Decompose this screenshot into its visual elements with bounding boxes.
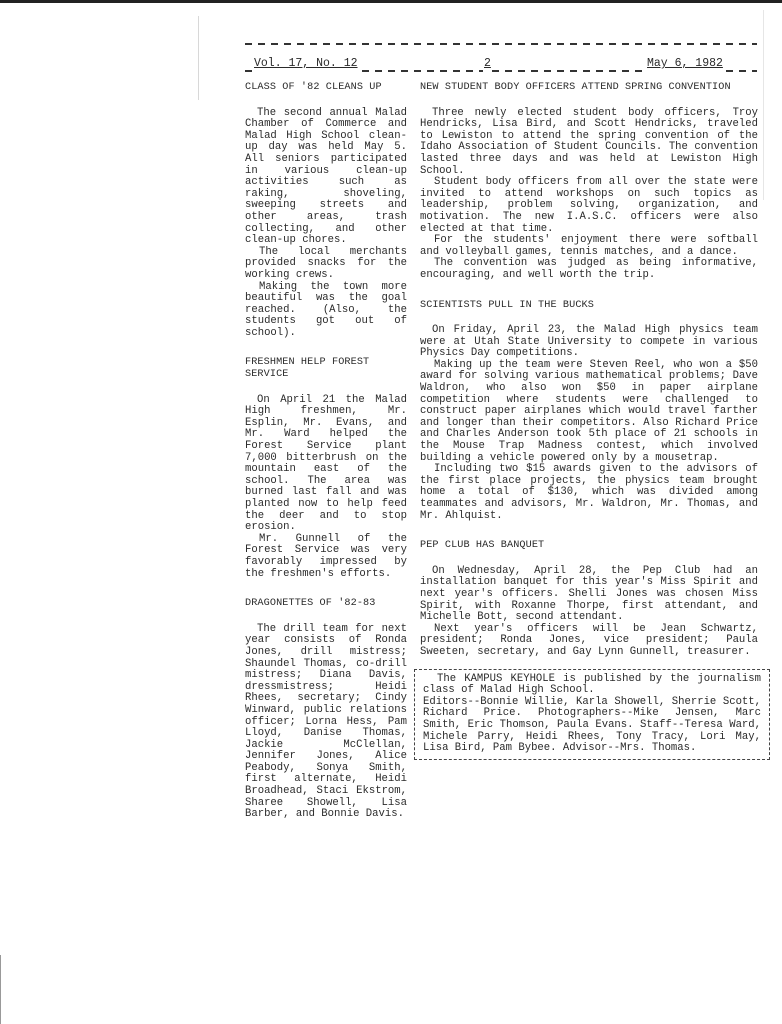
scan-left-edge bbox=[0, 955, 1, 1024]
article-paragraph: Three newly elected student body officer… bbox=[420, 108, 758, 178]
scan-artifact-line bbox=[763, 10, 764, 200]
article-paragraph: For the students' enjoyment there were s… bbox=[420, 235, 758, 258]
scan-top-border bbox=[0, 0, 782, 3]
left-column: CLASS OF '82 CLEANS UP The second annual… bbox=[245, 82, 407, 839]
issue-date: May 6, 1982 bbox=[646, 56, 724, 72]
right-column: NEW STUDENT BODY OFFICERS ATTEND SPRING … bbox=[420, 82, 758, 760]
article-class-cleanup: CLASS OF '82 CLEANS UP The second annual… bbox=[245, 82, 407, 339]
article-physics-team: SCIENTISTS PULL IN THE BUCKS On Friday, … bbox=[420, 300, 758, 523]
article-pep-club: PEP CLUB HAS BANQUET On Wednesday, April… bbox=[420, 540, 758, 658]
article-freshmen-forest: FRESHMEN HELP FOREST SERVICE On April 21… bbox=[245, 357, 407, 580]
article-paragraph: On April 21 the Malad High freshmen, Mr.… bbox=[245, 395, 407, 534]
article-paragraph: Making the town more beautiful was the g… bbox=[245, 282, 407, 340]
article-headline: NEW STUDENT BODY OFFICERS ATTEND SPRING … bbox=[420, 82, 758, 94]
article-paragraph: The local merchants provided snacks for … bbox=[245, 247, 407, 282]
article-paragraph: The drill team for next year consists of… bbox=[245, 624, 407, 821]
article-student-convention: NEW STUDENT BODY OFFICERS ATTEND SPRING … bbox=[420, 82, 758, 282]
masthead-top-rule bbox=[245, 43, 757, 45]
article-headline: DRAGONETTES OF '82-83 bbox=[245, 598, 407, 610]
article-paragraph: The convention was judged as being infor… bbox=[420, 258, 758, 281]
article-headline: PEP CLUB HAS BANQUET bbox=[420, 540, 758, 552]
masthead: Vol. 17, No. 12 2 May 6, 1982 bbox=[245, 56, 757, 72]
article-dragonettes: DRAGONETTES OF '82-83 The drill team for… bbox=[245, 598, 407, 821]
article-paragraph: Including two $15 awards given to the ad… bbox=[420, 464, 758, 522]
article-paragraph: Making up the team were Steven Reel, who… bbox=[420, 360, 758, 464]
scan-artifact-line bbox=[198, 16, 199, 100]
volume-number: Vol. 17, No. 12 bbox=[253, 56, 359, 72]
staff-credits-box: The KAMPUS KEYHOLE is published by the j… bbox=[414, 669, 770, 760]
article-headline: SCIENTISTS PULL IN THE BUCKS bbox=[420, 300, 758, 312]
article-paragraph: On Friday, April 23, the Malad High phys… bbox=[420, 325, 758, 360]
article-headline: FRESHMEN HELP FOREST SERVICE bbox=[245, 357, 407, 380]
staff-credits: Editors--Bonnie Willie, Karla Showell, S… bbox=[423, 697, 761, 755]
article-headline: CLASS OF '82 CLEANS UP bbox=[245, 82, 407, 94]
page-number: 2 bbox=[483, 56, 492, 72]
article-paragraph: The second annual Malad Chamber of Comme… bbox=[245, 108, 407, 247]
article-paragraph: Mr. Gunnell of the Forest Service was ve… bbox=[245, 534, 407, 580]
article-paragraph: Next year's officers will be Jean Schwar… bbox=[420, 624, 758, 659]
article-paragraph: Student body officers from all over the … bbox=[420, 177, 758, 235]
publication-statement: The KAMPUS KEYHOLE is published by the j… bbox=[423, 674, 761, 697]
article-paragraph: On Wednesday, April 28, the Pep Club had… bbox=[420, 566, 758, 624]
